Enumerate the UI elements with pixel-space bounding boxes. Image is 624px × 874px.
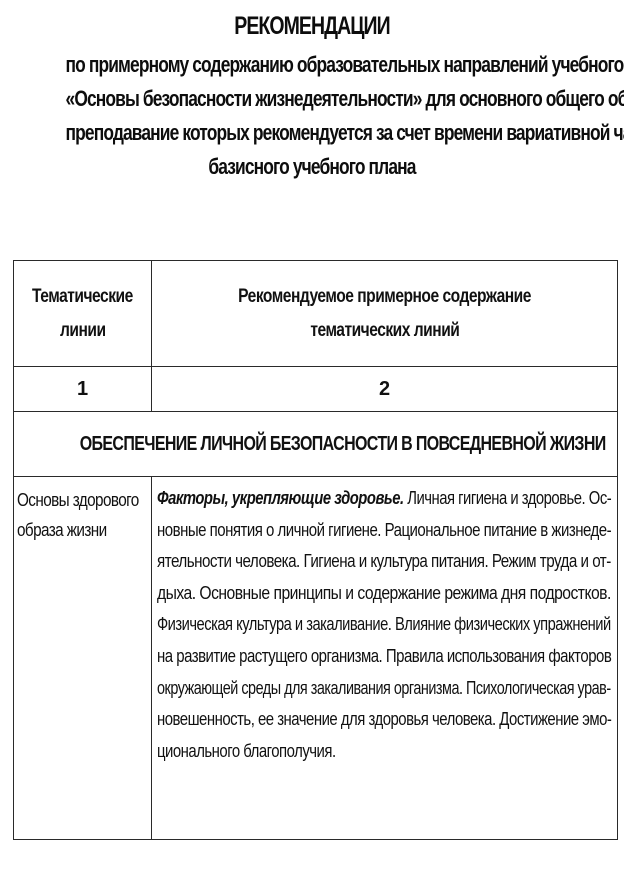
subtitle-line-4: базисного учебного плана xyxy=(66,150,559,184)
subtitle-line-1: по примерному содержанию образовательных… xyxy=(66,48,559,82)
content-line: новные понятия о личной гигиене. Рациона… xyxy=(157,515,535,547)
content-line: Физическая культура и закаливание. Влиян… xyxy=(157,609,528,641)
content-line: окружающей среды для закаливания организ… xyxy=(157,673,520,705)
section-row: ОБЕСПЕЧЕНИЕ ЛИЧНОЙ БЕЗОПАСНОСТИ В ПОВСЕД… xyxy=(14,412,618,477)
column-number-row: 1 2 xyxy=(14,367,618,412)
content-first-line-rest: Личная гигиена и здоровье. Ос- xyxy=(404,488,612,508)
column-number-1: 1 xyxy=(14,367,152,412)
subtitle-line-2: «Основы безопасности жизнедеятельности» … xyxy=(66,82,559,116)
content-line: дыха. Основные принципы и содержание реж… xyxy=(157,578,553,610)
section-title-cell: ОБЕСПЕЧЕНИЕ ЛИЧНОЙ БЕЗОПАСНОСТИ В ПОВСЕД… xyxy=(14,412,618,477)
content-line: ятельности человека. Гигиена и культура … xyxy=(157,546,539,578)
content-line: новешенность, ее значение для здоровья ч… xyxy=(157,704,533,736)
document-title: РЕКОМЕНДАЦИИ xyxy=(69,8,556,44)
header-cell-recommended-content: Рекомендуемое примерное содержание темат… xyxy=(152,261,618,367)
header-text: линии xyxy=(60,314,106,348)
header-cell-thematic-lines: Тематические линии xyxy=(14,261,152,367)
topic-cell: Основы здорового образа жизни xyxy=(14,477,152,840)
content-line: ционального благополучия. xyxy=(157,736,533,768)
column-number-2: 2 xyxy=(152,367,618,412)
table-row: Основы здорового образа жизни Факторы, у… xyxy=(14,477,618,840)
topic-line: Основы здорового xyxy=(17,485,131,515)
subtitle-line-3: преподавание которых рекомендуется за сч… xyxy=(66,116,559,150)
document-heading: РЕКОМЕНДАЦИИ по примерному содержанию об… xyxy=(0,8,624,184)
topic-line: образа жизни xyxy=(17,515,131,545)
header-text: тематических линий xyxy=(310,314,459,348)
header-text: Тематические xyxy=(32,280,133,314)
content-line: Факторы, укрепляющие здоровье. Личная ги… xyxy=(157,483,531,515)
table-header-row: Тематические линии Рекомендуемое примерн… xyxy=(14,261,618,367)
content-lead: Факторы, укрепляющие здоровье. xyxy=(157,488,404,508)
header-text: Рекомендуемое примерное содержание xyxy=(238,280,531,314)
content-line: на развитие растущего организма. Правила… xyxy=(157,641,535,673)
content-cell: Факторы, укрепляющие здоровье. Личная ги… xyxy=(152,477,618,840)
recommendations-table: Тематические линии Рекомендуемое примерн… xyxy=(13,260,618,840)
section-title: ОБЕСПЕЧЕНИЕ ЛИЧНОЙ БЕЗОПАСНОСТИ В ПОВСЕД… xyxy=(80,433,606,456)
